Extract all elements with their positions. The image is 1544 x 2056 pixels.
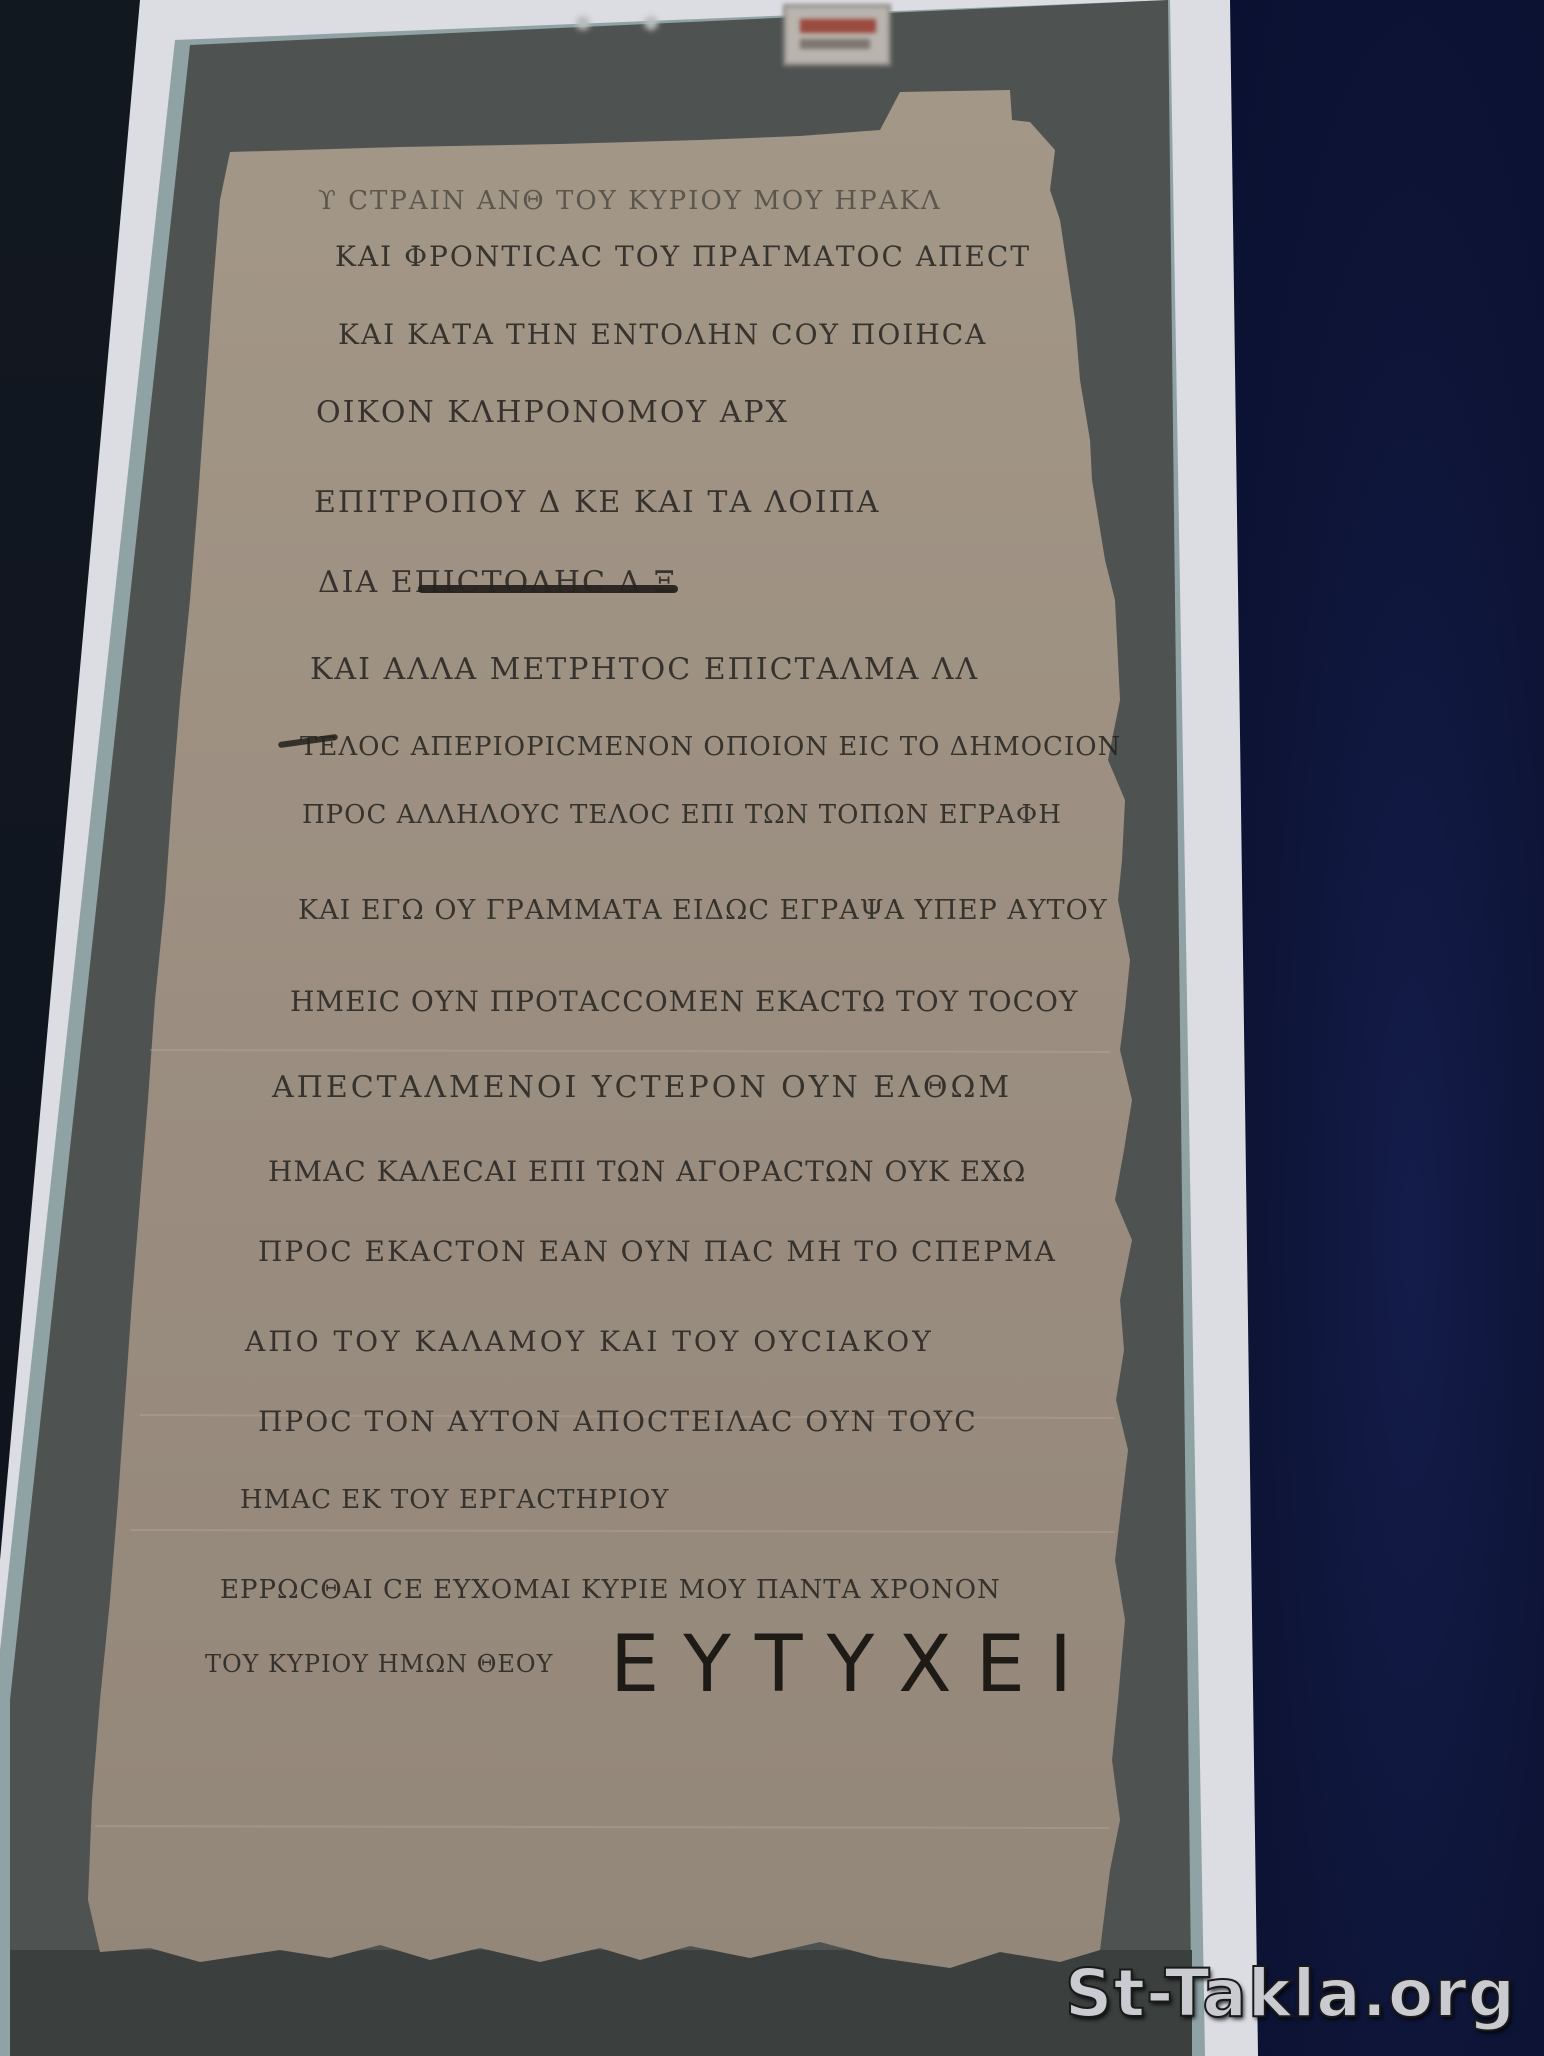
- text-line: ΚΑΙ ΚΑΤΑ ΤΗΝ ΕΝΤΟΛΗΝ ϹΟΥ ΠΟΙΗϹΑ: [338, 318, 987, 351]
- text-line: ΠΡΟϹ ΕΚΑϹΤΟΝ ΕΑΝ ΟΥΝ ΠΑϹ ΜΗ ΤΟ ϹΠΕΡΜΑ: [258, 1235, 1057, 1268]
- text-line: ΠΡΟϹ ΑΛΛΗΛΟΥϹ ΤΕΛΟϹ ΕΠΙ ΤΩΝ ΤΟΠΩΝ ΕΓΡΑΦΗ: [302, 800, 1062, 830]
- text-line: ΟΙΚΟΝ ΚΛΗΡΟΝΟΜΟΥ ΑΡΧ: [316, 395, 789, 430]
- text-line: ϒ ϹΤΡΑΙΝ ΑΝΘ ΤΟΥ ΚΥΡΙΟΥ ΜΟΥ ΗΡΑΚΛ: [318, 186, 942, 216]
- text-line: ΚΑΙ ΑΛΛΑ ΜΕΤΡΗΤΟϹ ΕΠΙϹΤΑΛΜΑ ΛΛ: [310, 652, 979, 687]
- text-line: ΑΠΕϹΤΑΛΜΕΝΟΙ ΥϹΤΕΡΟΝ ΟΥΝ ΕΛΘΩΜ: [272, 1070, 1012, 1105]
- signature-eutychei: ΕΥΤΥΧΕΙ: [610, 1620, 1096, 1710]
- text-line: ΑΠΟ ΤΟΥ ΚΑΛΑΜΟΥ ΚΑΙ ΤΟΥ ΟΥϹΙΑΚΟΥ: [245, 1325, 934, 1358]
- text-line: ΤΕΛΟϹ ΑΠΕΡΙΟΡΙϹΜΕΝΟΝ ΟΠΟΙΟΝ ΕΙϹ ΤΟ ΔΗΜΟϹ…: [300, 732, 1121, 762]
- text-line: ΔΙΑ ΕΠΙϹΤΟΛΗϹ Δ Ξ: [318, 565, 677, 600]
- text-line: ΠΡΟϹ ΤΟΝ ΑΥΤΟΝ ΑΠΟϹΤΕΙΛΑϹ ΟΥΝ ΤΟΥϹ: [258, 1405, 978, 1438]
- site-watermark: St-Takla.org: [1065, 1955, 1516, 2032]
- papyrus-shape: [0, 0, 1544, 2056]
- text-line: ΗΜΑϹ ΚΑΛΕϹΑΙ ΕΠΙ ΤΩΝ ΑΓΟΡΑϹΤΩΝ ΟΥΚ ΕΧΩ: [268, 1155, 1026, 1188]
- text-line: ΕΡΡΩϹΘΑΙ ϹΕ ΕΥΧΟΜΑΙ ΚΥΡΙΕ ΜΟΥ ΠΑΝΤΑ ΧΡΟΝ…: [220, 1575, 1001, 1605]
- text-line: ΕΠΙΤΡΟΠΟΥ Δ ΚΕ ΚΑΙ ΤΑ ΛΟΙΠΑ: [314, 485, 880, 520]
- text-line: ΗΜΕΙϹ ΟΥΝ ΠΡΟΤΑϹϹΟΜΕΝ ΕΚΑϹΤΩ ΤΟΥ ΤΟϹΟΥ: [290, 985, 1078, 1018]
- text-line: ΚΑΙ ΦΡΟΝΤΙϹΑϹ ΤΟΥ ΠΡΑΓΜΑΤΟϹ ΑΠΕϹΤ: [335, 240, 1031, 273]
- text-line: ΚΑΙ ΕΓΩ ΟΥ ΓΡΑΜΜΑΤΑ ΕΙΔΩϹ ΕΓΡΑΨΑ ΥΠΕΡ ΑΥ…: [298, 895, 1108, 926]
- text-line: ΗΜΑϹ ΕΚ ΤΟΥ ΕΡΓΑϹΤΗΡΙΟΥ: [240, 1485, 669, 1515]
- text-line: ΤΟΥ ΚΥΡΙΟΥ ΗΜΩΝ ΘΕΟΥ: [205, 1650, 553, 1678]
